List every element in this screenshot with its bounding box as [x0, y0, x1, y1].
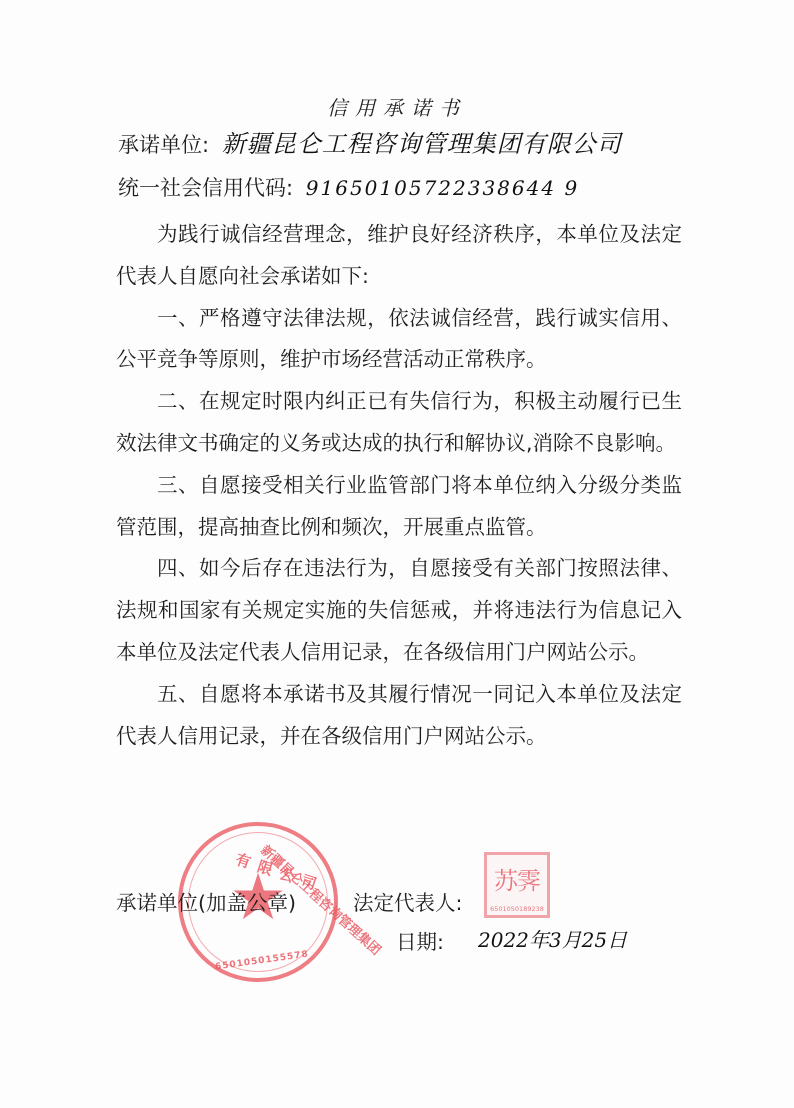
credit-code-label: 统一社会信用代码:: [118, 176, 293, 200]
intro-paragraph: 为践行诚信经营理念，维护良好经济秩序，本单位及法定代表人自愿向社会承诺如下:: [116, 214, 682, 298]
commitment-item-2: 二、在规定时限内纠正已有失信行为，积极主动履行已生效法律文书确定的义务或达成的执…: [116, 381, 682, 465]
commitment-unit-row: 承诺单位: 新疆昆仑工程咨询管理集团有限公司: [118, 124, 622, 159]
document-page: 信用承诺书 承诺单位: 新疆昆仑工程咨询管理集团有限公司 统一社会信用代码: 9…: [0, 0, 794, 1108]
date-label: 日期:: [396, 925, 444, 955]
legal-rep-label: 法定代表人:: [353, 886, 462, 916]
commitment-body: 为践行诚信经营理念，维护良好经济秩序，本单位及法定代表人自愿向社会承诺如下: 一…: [116, 214, 682, 757]
personal-seal-code: 6501050189238: [487, 905, 547, 913]
commitment-unit-label: 承诺单位:: [118, 133, 209, 157]
personal-seal-name: 苏霁: [487, 861, 547, 896]
credit-code-row: 统一社会信用代码: 91650105722338644 9: [118, 172, 579, 202]
commitment-unit-handwritten: 新疆昆仑工程咨询管理集团有限公司: [222, 130, 622, 158]
document-title: 信用承诺书: [0, 92, 794, 121]
company-seal-number: 6501050155578: [212, 949, 312, 973]
credit-code-handwritten: 91650105722338644 9: [306, 176, 579, 200]
date-handwritten: 2022年3月25日: [478, 924, 627, 953]
personal-seal-icon: 苏霁 6501050189238: [484, 852, 550, 918]
commitment-item-3: 三、自愿接受相关行业监管部门将本单位纳入分级分类监管范围，提高抽查比例和频次，开…: [116, 465, 682, 549]
commitment-item-1: 一、严格遵守法律法规，依法诚信经营，践行诚实信用、公平竞争等原则，维护市场经营活…: [116, 298, 682, 382]
commitment-item-5: 五、自愿将本承诺书及其履行情况一同记入本单位及法定代表人信用记录，并在各级信用门…: [116, 674, 682, 758]
commitment-item-4: 四、如今后存在违法行为，自愿接受有关部门按照法律、法规和国家有关规定实施的失信惩…: [116, 548, 682, 673]
unit-seal-label: 承诺单位(加盖公章): [116, 886, 296, 916]
